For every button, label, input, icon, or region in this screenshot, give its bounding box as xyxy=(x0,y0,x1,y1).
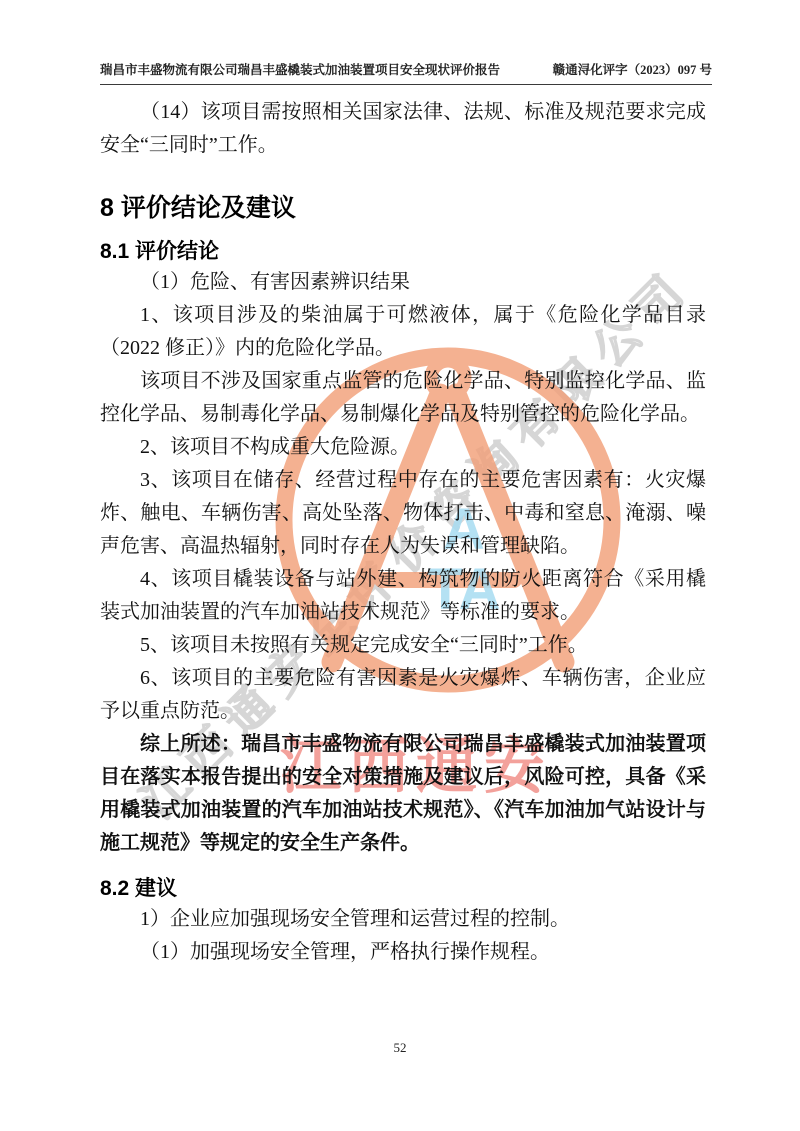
conclusion-intro-paragraph: （1）危险、有害因素辨识结果 xyxy=(100,266,706,299)
document-page: 江西通安全评价咨询有限公司 A TA 江西通安 瑞昌市丰盛物流有限公司瑞昌丰盛橇… xyxy=(0,0,800,1131)
paragraph-item-14: （14）该项目需按照相关国家法律、法规、标准及规范要求完成安全“三同时”工作。 xyxy=(100,96,706,162)
summary-paragraph: 综上所述：瑞昌市丰盛物流有限公司瑞昌丰盛橇装式加油装置项目在落实本报告提出的安全… xyxy=(100,728,706,860)
conclusion-paragraph-4: 3、该项目在储存、经营过程中存在的主要危害因素有：火灾爆炸、触电、车辆伤害、高处… xyxy=(100,464,706,563)
running-head-doc-number: 赣通浔化评字（2023）097 号 xyxy=(553,60,712,78)
conclusion-paragraph-1: 1、该项目涉及的柴油属于可燃液体，属于《危险化学品目录（2022 修正）》内的危… xyxy=(100,299,706,365)
conclusion-paragraph-2: 该项目不涉及国家重点监管的危险化学品、特别监控化学品、监控化学品、易制毒化学品、… xyxy=(100,365,706,431)
conclusion-paragraph-7: 6、该项目的主要危险有害因素是火灾爆炸、车辆伤害，企业应予以重点防范。 xyxy=(100,662,706,728)
section-8-2-heading: 8.2 建议 xyxy=(100,875,706,903)
conclusion-paragraph-6: 5、该项目未按照有关规定完成安全“三同时”工作。 xyxy=(100,629,706,662)
section-8-heading: 8 评价结论及建议 xyxy=(100,193,706,223)
page-number: 52 xyxy=(0,1040,800,1056)
suggestion-paragraph-2: （1）加强现场安全管理，严格执行操作规程。 xyxy=(100,936,706,969)
suggestion-paragraph-1: 1）企业应加强现场安全管理和运营过程的控制。 xyxy=(100,903,706,936)
conclusion-paragraph-3: 2、该项目不构成重大危险源。 xyxy=(100,431,706,464)
running-head-report-title: 瑞昌市丰盛物流有限公司瑞昌丰盛橇装式加油装置项目安全现状评价报告 xyxy=(100,60,500,78)
document-content: （14）该项目需按照相关国家法律、法规、标准及规范要求完成安全“三同时”工作。 … xyxy=(100,96,706,969)
section-8-1-heading: 8.1 评价结论 xyxy=(100,238,706,266)
page-header: 瑞昌市丰盛物流有限公司瑞昌丰盛橇装式加油装置项目安全现状评价报告 赣通浔化评字（… xyxy=(100,60,712,85)
conclusion-paragraph-5: 4、该项目橇装设备与站外建、构筑物的防火距离符合《采用橇装式加油装置的汽车加油站… xyxy=(100,563,706,629)
